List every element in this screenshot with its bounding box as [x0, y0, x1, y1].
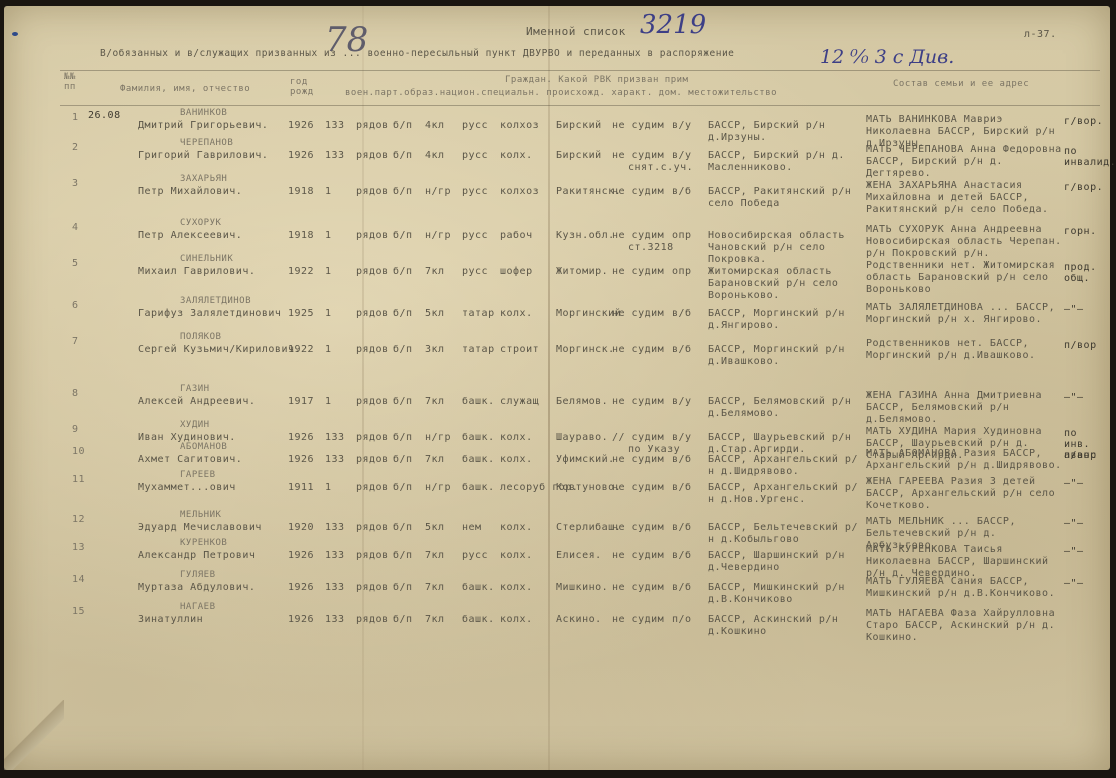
family-status: в/б — [672, 454, 692, 465]
party: б/п — [393, 482, 413, 493]
given-name: Ахмет Сагитович. — [138, 454, 242, 465]
specialty: колх. — [500, 550, 533, 561]
specialty: колх. — [500, 582, 533, 593]
nationality: русс — [462, 150, 488, 161]
surname: КУРЕНКОВ — [180, 538, 227, 548]
party: б/п — [393, 522, 413, 533]
vus-code: 133 — [325, 522, 345, 533]
party: б/п — [393, 186, 413, 197]
specialty: колх. — [500, 308, 533, 319]
birth-year: 1926 — [288, 454, 314, 465]
party: б/п — [393, 454, 413, 465]
next-of-kin: ЖЕНА ЗАХАРЬЯНА Анастасия Михайловна и де… — [866, 180, 1062, 216]
rank: рядов — [356, 186, 389, 197]
rank: рядов — [356, 614, 389, 625]
nationality: башк. — [462, 396, 495, 407]
party: б/п — [393, 396, 413, 407]
note: —"— — [1064, 546, 1108, 557]
given-name: Алексей Андреевич. — [138, 396, 255, 407]
nationality: русс — [462, 120, 488, 131]
ink-blot — [12, 32, 18, 36]
note: —"— — [1064, 304, 1108, 315]
next-of-kin: Родственники нет. Житомирская область Ба… — [866, 260, 1062, 296]
fold-line — [548, 6, 550, 770]
given-name: Михаил Гаврилович. — [138, 266, 255, 277]
specialty: колхоз — [500, 186, 539, 197]
next-of-kin: МАТЬ СУХОРУК Анна Андреевна Новосибирска… — [866, 224, 1062, 260]
next-of-kin: МАТЬ ГУЛЯЕВА Сания БАССР, Мишкинский р/н… — [866, 576, 1062, 600]
rank: рядов — [356, 266, 389, 277]
row-number: 6 — [72, 300, 79, 311]
rank: рядов — [356, 308, 389, 319]
nationality: русс — [462, 186, 488, 197]
vus-code: 1 — [325, 266, 332, 277]
given-name: Гарифуз Залялетдинович — [138, 308, 281, 319]
vus-code: 133 — [325, 120, 345, 131]
sheet-number: л-37. — [1024, 29, 1057, 40]
surname: СИНЕЛЬНИК — [180, 254, 233, 264]
nationality: русс — [462, 550, 488, 561]
education: 4кл — [425, 150, 445, 161]
birth-year: 1926 — [288, 550, 314, 561]
party: б/п — [393, 614, 413, 625]
note: по инвалид. — [1064, 146, 1108, 168]
domicile: БАССР, Мишкинский р/н д.В.Кончиково — [708, 582, 858, 606]
header-rule — [60, 105, 1100, 106]
party: б/п — [393, 582, 413, 593]
domicile: БАССР, Архангельский р/н д.Шидрявово. — [708, 454, 858, 478]
specialty: колх. — [500, 522, 533, 533]
note: —"— — [1064, 478, 1108, 489]
education: 7кл — [425, 614, 445, 625]
education: 7кл — [425, 550, 445, 561]
domicile: Новосибирская область Чановский р/н село… — [708, 230, 858, 266]
given-name: Мухаммет...ович — [138, 482, 236, 493]
vus-code: 133 — [325, 432, 345, 443]
given-name: Александр Петрович — [138, 550, 255, 561]
next-of-kin: МАТЬ КУРЕНКОВА Таисья Николаевна БАССР, … — [866, 544, 1062, 580]
party: б/п — [393, 344, 413, 355]
pencil-annotation: 78 — [325, 20, 368, 60]
nationality: башк. — [462, 582, 495, 593]
rank: рядов — [356, 522, 389, 533]
party: б/п — [393, 120, 413, 131]
birth-year: 1926 — [288, 150, 314, 161]
birth-year: 1925 — [288, 308, 314, 319]
family-status: в/б — [672, 522, 692, 533]
criminal-record: не судим — [612, 454, 664, 465]
next-of-kin: Родственников нет. БАССР, Моргинский р/н… — [866, 338, 1062, 362]
row-number: 3 — [72, 178, 79, 189]
note: —"— — [1064, 578, 1108, 589]
criminal-record: не судим — [612, 120, 664, 131]
rank: рядов — [356, 582, 389, 593]
party: б/п — [393, 150, 413, 161]
birthplace: Елисея. — [556, 550, 602, 561]
education: н/гр — [425, 230, 451, 241]
birth-year: 1918 — [288, 230, 314, 241]
col-header-family: Состав семьи и ее адрес — [893, 79, 1029, 89]
vus-code: 133 — [325, 150, 345, 161]
family-status: опр — [672, 230, 692, 241]
nationality: татар — [462, 344, 495, 355]
surname: СУХОРУК — [180, 218, 221, 228]
education: 7кл — [425, 454, 445, 465]
rank: рядов — [356, 150, 389, 161]
birthplace: Бирский — [556, 150, 602, 161]
education: 4кл — [425, 120, 445, 131]
birthplace: Уфимский. — [556, 454, 615, 465]
row-number: 7 — [72, 336, 79, 347]
given-name: Петр Михайлович. — [138, 186, 242, 197]
nationality: татар — [462, 308, 495, 319]
family-status: п/о — [672, 614, 692, 625]
education: 7кл — [425, 396, 445, 407]
domicile: БАССР, Шаурьевский р/н д.Стар.Аргирди. — [708, 432, 858, 456]
surname: МЕЛЬНИК — [180, 510, 221, 520]
domicile: БАССР, Белямовский р/н д.Белямово. — [708, 396, 858, 420]
domicile: БАССР, Шаршинский р/н д.Чевердино — [708, 550, 858, 574]
education: 5кл — [425, 308, 445, 319]
domicile: БАССР, Архангельский р/н д.Нов.Ургенс. — [708, 482, 858, 506]
birth-year: 1926 — [288, 582, 314, 593]
surname: ГУЛЯЕВ — [180, 570, 216, 580]
row-number: 5 — [72, 258, 79, 269]
criminal-record: не судим — [612, 186, 664, 197]
note: п/вор — [1064, 340, 1108, 351]
birthplace: Моргинск. — [556, 344, 615, 355]
criminal-record: не судим — [612, 614, 664, 625]
birth-year: 1926 — [288, 432, 314, 443]
vus-code: 1 — [325, 186, 332, 197]
vus-code: 133 — [325, 582, 345, 593]
birth-year: 1926 — [288, 120, 314, 131]
education: 7кл — [425, 266, 445, 277]
family-status: в/у — [672, 396, 692, 407]
birthplace: Житомир. — [556, 266, 608, 277]
education: 7кл — [425, 582, 445, 593]
folded-corner — [4, 700, 64, 770]
nationality: нем — [462, 522, 482, 533]
note: прод. общ. — [1064, 262, 1108, 284]
rank: рядов — [356, 550, 389, 561]
nationality: башк. — [462, 482, 495, 493]
vus-code: 1 — [325, 230, 332, 241]
specialty: колхоз — [500, 120, 539, 131]
rank: рядов — [356, 344, 389, 355]
rank: рядов — [356, 230, 389, 241]
family-status: в/б — [672, 550, 692, 561]
surname: ХУДИН — [180, 420, 210, 430]
nationality: башк. — [462, 454, 495, 465]
specialty: колх. — [500, 150, 533, 161]
vus-code: 133 — [325, 454, 345, 465]
criminal-record: не судим — [612, 582, 664, 593]
domicile: БАССР, Бирский р/н д.Ирзуны. — [708, 120, 858, 144]
birth-year: 1920 — [288, 522, 314, 533]
birth-year: 1922 — [288, 344, 314, 355]
criminal-record: не судим — [612, 550, 664, 561]
birthplace: Бирский — [556, 120, 602, 131]
party: б/п — [393, 550, 413, 561]
specialty: строит — [500, 344, 539, 355]
surname: ПОЛЯКОВ — [180, 332, 221, 342]
criminal-record: не судим — [612, 150, 664, 161]
next-of-kin: МАТЬ АБОМАНОВА Разия БАССР, Архангельски… — [866, 448, 1062, 472]
surname: ЧЕРЕПАНОВ — [180, 138, 233, 148]
row-number: 12 — [72, 514, 85, 525]
domicile: БАССР, Моргинский р/н д.Ивашково. — [708, 344, 858, 368]
family-status: в/у — [672, 432, 692, 443]
note: —"— — [1064, 392, 1108, 403]
birthplace: Кузн.обл. — [556, 230, 615, 241]
family-status: в/б — [672, 344, 692, 355]
given-name: Петр Алексеевич. — [138, 230, 242, 241]
next-of-kin: ЖЕНА ГАРЕЕВА Разия 3 детей БАССР, Арханг… — [866, 476, 1062, 512]
surname: АБОМАНОВ — [180, 442, 227, 452]
party: б/п — [393, 308, 413, 319]
domicile: БАССР, Моргинский р/н д.Янгирово. — [708, 308, 858, 332]
row-number: 1 — [72, 112, 79, 123]
education: 3кл — [425, 344, 445, 355]
vus-code: 1 — [325, 482, 332, 493]
criminal-record: не судим — [612, 482, 664, 493]
surname: ГАЗИН — [180, 384, 210, 394]
row-number: 2 — [72, 142, 79, 153]
rank: рядов — [356, 454, 389, 465]
birthplace: Мишкино. — [556, 582, 608, 593]
row-number: 9 — [72, 424, 79, 435]
party: б/п — [393, 230, 413, 241]
birthplace: Аскино. — [556, 614, 602, 625]
document-title: Именной список — [526, 25, 626, 38]
row-number: 15 — [72, 606, 85, 617]
criminal-record: не судим — [612, 230, 664, 241]
family-status: в/б — [672, 308, 692, 319]
rank: рядов — [356, 120, 389, 131]
rank: рядов — [356, 396, 389, 407]
vus-code: 133 — [325, 614, 345, 625]
rank: рядов — [356, 432, 389, 443]
surname: ВАНИНКОВ — [180, 108, 227, 118]
list-number-handwritten: 3219 — [640, 10, 706, 40]
next-of-kin: МАТЬ ЧЕРЕПАНОВА Анна Федоровна БАССР, Би… — [866, 144, 1062, 180]
party: б/п — [393, 266, 413, 277]
birth-year: 1917 — [288, 396, 314, 407]
birthplace: Шаураво. — [556, 432, 608, 443]
domicile: БАССР, Бирский р/н д. Масленниково. — [708, 150, 858, 174]
birth-year: 1918 — [288, 186, 314, 197]
education: н/гр — [425, 186, 451, 197]
col-header-year: год рожд — [290, 77, 314, 97]
nationality: башк. — [462, 614, 495, 625]
domicile: БАССР, Аскинский р/н д.Кошкино — [708, 614, 858, 638]
domicile: БАССР, Ракитянский р/н село Победа — [708, 186, 858, 210]
row-number: 8 — [72, 388, 79, 399]
birth-year: 1922 — [288, 266, 314, 277]
row-number: 10 — [72, 446, 85, 457]
vus-code: 133 — [325, 550, 345, 561]
criminal-record: не судим — [612, 266, 664, 277]
criminal-record: не судим — [612, 396, 664, 407]
col-header-line1: Граждан. Какой РВК призван прим — [505, 75, 688, 85]
next-of-kin: МАТЬ НАГАЕВА Фаза Хайрулловна Старо БАСС… — [866, 608, 1062, 644]
vus-code: 1 — [325, 308, 332, 319]
criminal-record: не судим — [612, 522, 664, 533]
criminal-record-note: ст.3218 — [628, 242, 674, 253]
criminal-record: не судим — [612, 344, 664, 355]
unit-handwritten: 12 ⁰⁄₀ 3 с Див. — [820, 46, 954, 68]
nationality: русс — [462, 266, 488, 277]
specialty: колх. — [500, 454, 533, 465]
col-header-line2: воен.парт.образ.национ.специальн. происх… — [345, 88, 777, 98]
criminal-record: // судим — [612, 432, 664, 443]
family-status: в/у — [672, 150, 692, 161]
specialty: колх. — [500, 432, 533, 443]
given-name: Муртаза Абдулович. — [138, 582, 255, 593]
birthplace: Белямов. — [556, 396, 608, 407]
surname: ЗАЛЯЛЕТДИНОВ — [180, 296, 251, 306]
specialty: служащ — [500, 396, 539, 407]
next-of-kin: МАТЬ ЗАЛЯЛЕТДИНОВА ... БАССР, Моргинский… — [866, 302, 1062, 326]
next-of-kin: ЖЕНА ГАЗИНА Анна Дмитриевна БАССР, Белям… — [866, 390, 1062, 426]
vus-code: 1 — [325, 396, 332, 407]
vus-code: 1 — [325, 344, 332, 355]
birth-year: 1911 — [288, 482, 314, 493]
surname: ГАРЕЕВ — [180, 470, 216, 480]
surname: ЗАХАРЬЯН — [180, 174, 227, 184]
specialty: шофер — [500, 266, 533, 277]
surname: НАГАЕВ — [180, 602, 216, 612]
family-status: в/б — [672, 482, 692, 493]
col-header-name: Фамилия, имя, отчество — [120, 84, 250, 94]
col-header-num: №№ пп — [64, 72, 76, 92]
document-subtitle: В/обязанных и в/служащих призванных из .… — [100, 48, 734, 59]
education: н/гр — [425, 482, 451, 493]
education: 5кл — [425, 522, 445, 533]
criminal-record-note: снят.с.уч. — [628, 162, 693, 173]
row-number: 14 — [72, 574, 85, 585]
note: горн. — [1064, 226, 1108, 237]
rank: рядов — [356, 482, 389, 493]
row-number: 13 — [72, 542, 85, 553]
note: п/вор — [1064, 450, 1108, 461]
family-status: опр — [672, 266, 692, 277]
criminal-record: не судим — [612, 308, 664, 319]
education: н/гр — [425, 432, 451, 443]
nationality: башк. — [462, 432, 495, 443]
given-name: Зинатуллин — [138, 614, 203, 625]
specialty: рабоч — [500, 230, 533, 241]
specialty: колх. — [500, 614, 533, 625]
note: г/вор. — [1064, 116, 1108, 127]
party: б/п — [393, 432, 413, 443]
domicile: БАССР, Бельтечевский р/н д.Кобыльгово — [708, 522, 858, 546]
given-name: Дмитрий Григорьевич. — [138, 120, 268, 131]
family-status: в/б — [672, 186, 692, 197]
row-number: 4 — [72, 222, 79, 233]
birth-year: 1926 — [288, 614, 314, 625]
domicile: Житомирская область Барановский р/н село… — [708, 266, 858, 302]
note: —"— — [1064, 518, 1108, 529]
given-name: Эдуард Мечиславович — [138, 522, 262, 533]
row-date: 26.08 — [88, 110, 121, 121]
row-number: 11 — [72, 474, 85, 485]
family-status: в/б — [672, 582, 692, 593]
given-name: Григорий Гаврилович. — [138, 150, 268, 161]
given-name: Сергей Кузьмич/Кирилович. — [138, 344, 301, 355]
nationality: русс — [462, 230, 488, 241]
family-status: в/у — [672, 120, 692, 131]
header-rule — [60, 70, 1100, 71]
note: г/вор. — [1064, 182, 1108, 193]
